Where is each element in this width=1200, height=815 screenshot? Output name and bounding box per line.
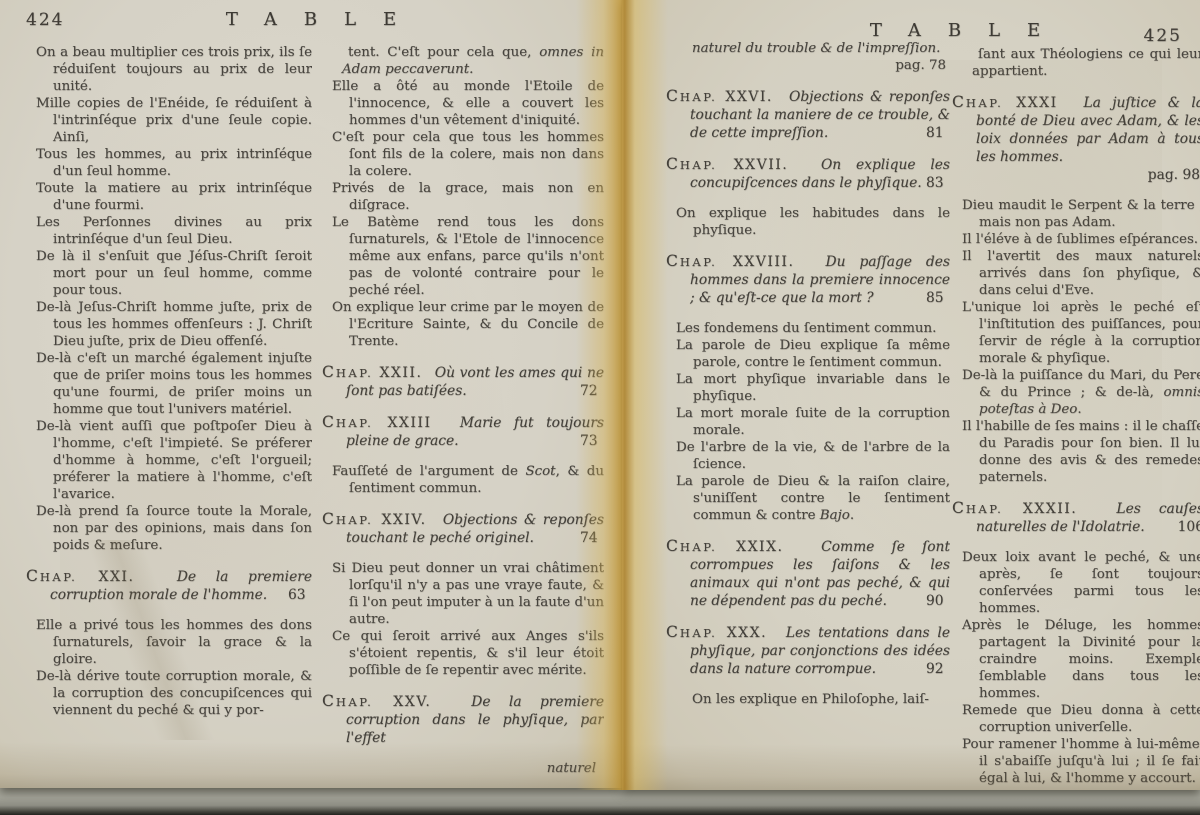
chapter-label-rest: HAP. xyxy=(336,416,373,430)
chapter-label-rest: HAP. xyxy=(966,502,1003,516)
chapter-label-rest: HAP. xyxy=(680,90,717,104)
chapter-heading: CHAP. XXIV. Objections & reponſes toucha… xyxy=(322,510,604,547)
text-run: Mille copies de l'Enéide, ſe réduiſent à… xyxy=(36,96,312,145)
toc-entry: Deux loix avant le peché, & une après, ſ… xyxy=(962,549,1200,617)
chapter-heading: CHAP. XXII. Où vont les ames qui ne ſont… xyxy=(322,363,604,400)
text-run: naturel du trouble & de l'impreſſion. xyxy=(692,41,940,56)
text-run: Elle a privé tous les hommes des dons ſu… xyxy=(36,618,312,667)
chapter-label-initial: C xyxy=(322,363,336,381)
toc-entry: On a beau multiplier ces trois prix, ils… xyxy=(36,44,312,95)
text-run: Toute la matiere au prix intrinſéque d'u… xyxy=(36,181,312,213)
chapter-label: CHAP. xyxy=(952,95,1003,111)
chapter-label-rest: HAP. xyxy=(680,626,717,640)
text-run: De-là vient auſſi que poſtpoſer Dieu à l… xyxy=(36,419,312,502)
chapter-heading: CHAP. XXXI La juſtice & la bonté de Dieu… xyxy=(952,93,1200,184)
chapter-numeral: XXXII. xyxy=(1003,501,1116,517)
chapter-label-rest: HAP. xyxy=(966,96,1003,110)
toc-entry: Il l'avertit des maux naturels arrivés d… xyxy=(962,248,1200,299)
book-photo: 424 TABLE On a beau multiplier ces trois… xyxy=(0,0,1200,815)
toc-column-1: On a beau multiplier ces trois prix, ils… xyxy=(26,44,312,786)
text-run: De-là Jeſus-Chriſt homme juſte, prix de … xyxy=(36,300,312,349)
text-run: C'eſt pour cela que tous les hommes ſont… xyxy=(332,130,604,179)
chapter-numeral: XXI. xyxy=(77,569,177,585)
toc-entry: Il l'éléve à de ſublimes eſpérances. xyxy=(962,231,1200,248)
text-run: . xyxy=(1077,402,1081,417)
text-run: Tous les hommes, au prix intrinſéque d'u… xyxy=(36,147,312,179)
toc-entry: La parole de Dieu explique ſa même parol… xyxy=(676,337,950,371)
toc-entry: Après le Déluge, les hommes partagent la… xyxy=(962,617,1200,702)
toc-entry: De là il s'enſuit que Jéſus-Chriſt ſeroi… xyxy=(36,248,312,299)
toc-entry: La mort phyſique invariable dans le phyſ… xyxy=(676,371,950,405)
catchword: naturel xyxy=(332,760,604,777)
chapter-label-initial: C xyxy=(322,692,336,710)
left-running-title: TABLE xyxy=(0,9,622,30)
text-run: La mort phyſique invariable dans le phyſ… xyxy=(676,372,950,404)
chapter-label: CHAP. xyxy=(666,254,717,270)
toc-entry: On explique leur crime par le moyen de l… xyxy=(332,299,604,350)
toc-entry: naturel du trouble & de l'impreſſion.pag… xyxy=(676,40,950,74)
toc-entry: Mille copies de l'Enéide, ſe réduiſent à… xyxy=(36,95,312,146)
toc-entry: On les explique en Philoſophe, laiſ- xyxy=(676,691,950,708)
chapter-page-number: pag. 98 xyxy=(976,166,1200,184)
chapter-numeral: XXX. xyxy=(717,625,786,641)
chapter-label: CHAP. xyxy=(322,365,373,381)
text-run: Les Perſonnes divines au prix intrinſéqu… xyxy=(36,215,312,247)
text-run: De-là c'eſt un marché également injuſte … xyxy=(36,351,312,417)
toc-entry: De-là vient auſſi que poſtpoſer Dieu à l… xyxy=(36,418,312,503)
toc-entry: ſant aux Théologiens ce qui leur apparti… xyxy=(962,46,1200,80)
text-run: Si Dieu peut donner un vrai châtiment lo… xyxy=(332,561,604,627)
chapter-numeral: XXXI xyxy=(1003,95,1083,111)
text-run: De là il s'enſuit que Jéſus-Chriſt ſeroi… xyxy=(36,249,312,298)
chapter-heading: CHAP. XXIII Marie fut toujours pleine de… xyxy=(322,413,604,450)
chapter-label: CHAP. xyxy=(322,694,373,710)
toc-entry: Toute la matiere au prix intrinſéque d'u… xyxy=(36,180,312,214)
toc-entry: Dieu maudit le Serpent & la terre ; mais… xyxy=(962,197,1200,231)
chapter-label-rest: HAP. xyxy=(680,255,717,269)
toc-column-2: tent. C'eſt pour cela que, omnes in Adam… xyxy=(322,44,604,786)
chapter-numeral: XXVI. xyxy=(717,89,789,105)
chapter-numeral: XXIV. xyxy=(373,512,443,528)
text-run: Pour ramener l'homme à lui-même, il s'ab… xyxy=(962,737,1200,786)
text-run: De-là prend ſa ſource toute la Morale, n… xyxy=(36,504,312,553)
chapter-label: CHAP. xyxy=(666,539,717,555)
toc-entry: De-là c'eſt un marché également injuſte … xyxy=(36,350,312,418)
chapter-numeral: XXIII xyxy=(373,415,460,431)
toc-entry: Privés de la grace, mais non en diſgrace… xyxy=(332,180,604,214)
toc-entry: De-là prend ſa ſource toute la Morale, n… xyxy=(36,503,312,554)
toc-entry: De l'arbre de la vie, & de l'arbre de la… xyxy=(676,439,950,473)
text-run: On explique les habitudes dans le phyſiq… xyxy=(676,206,950,238)
chapter-label-rest: HAP. xyxy=(40,570,77,584)
chapter-label-initial: C xyxy=(666,155,680,173)
chapter-label-rest: HAP. xyxy=(680,158,717,172)
toc-column-4: ſant aux Théologiens ce qui leur apparti… xyxy=(952,46,1200,788)
text-run: Les fondemens du ſentiment commun. xyxy=(676,321,936,336)
text-run: Scot xyxy=(525,464,555,479)
chapter-heading: CHAP. XXX. Les tentations dans le phyſiq… xyxy=(666,623,950,678)
toc-entry: Tous les hommes, au prix intrinſéque d'u… xyxy=(36,146,312,180)
chapter-label-initial: C xyxy=(952,93,966,111)
chapter-label-initial: C xyxy=(666,623,680,641)
text-run: L'unique loi après le peché eſt l'inſtit… xyxy=(962,300,1200,366)
toc-entry: Remede que Dieu donna à cette corruption… xyxy=(962,702,1200,736)
chapter-label-initial: C xyxy=(322,510,336,528)
toc-entry: La mort morale ſuite de la corruption mo… xyxy=(676,405,950,439)
chapter-numeral: XXVIII. xyxy=(717,254,825,270)
chapter-heading: CHAP. XXVI. Objections & reponſes toucha… xyxy=(666,87,950,142)
chapter-label-initial: C xyxy=(666,87,680,105)
toc-entry: Elle a privé tous les hommes des dons ſu… xyxy=(36,617,312,668)
toc-entry: tent. C'eſt pour cela que, omnes in Adam… xyxy=(332,44,604,78)
text-run: La parole de Dieu & la raiſon claire, s'… xyxy=(676,474,950,523)
toc-entry: Fauſſeté de l'argument de Scot, & du ſen… xyxy=(332,463,604,497)
text-run: Fauſſeté de l'argument de xyxy=(332,464,525,479)
toc-entry: De-là la puiſſance du Mari, du Pere & du… xyxy=(962,367,1200,418)
book-gutter xyxy=(576,0,668,790)
toc-entry: Les fondemens du ſentiment commun. xyxy=(676,320,950,337)
toc-entry: Si Dieu peut donner un vrai châtiment lo… xyxy=(332,560,604,628)
toc-column-3: naturel du trouble & de l'impreſſion.pag… xyxy=(666,40,950,782)
chapter-heading: CHAP. XXI. De la premiere corruption mor… xyxy=(26,567,312,604)
chapter-label: CHAP. xyxy=(952,501,1003,517)
entry-page-number: pag. 78 xyxy=(686,57,950,74)
toc-entry: On explique les habitudes dans le phyſiq… xyxy=(676,205,950,239)
left-page: 424 TABLE On a beau multiplier ces trois… xyxy=(0,0,622,788)
text-run: Privés de la grace, mais non en diſgrace… xyxy=(332,181,604,213)
chapter-heading: CHAP. XXV. De la premiere corruption dan… xyxy=(322,692,604,747)
toc-entry: Le Batème rend tous les dons ſurnaturels… xyxy=(332,214,604,299)
toc-entry: Ce qui ſeroit arrivé aux Anges s'ils s'é… xyxy=(332,628,604,679)
text-run: La mort morale ſuite de la corruption mo… xyxy=(676,406,950,438)
chapter-label-initial: C xyxy=(26,567,40,585)
chapter-label-rest: HAP. xyxy=(336,695,373,709)
text-run: ſant aux Théologiens ce qui leur apparti… xyxy=(972,47,1200,79)
chapter-numeral: XXIX. xyxy=(717,539,821,555)
chapter-heading: CHAP. XXVIII. Du paſſage des hommes dans… xyxy=(666,252,950,307)
chapter-label: CHAP. xyxy=(666,625,717,641)
text-run: Deux loix avant le peché, & une après, ſ… xyxy=(962,550,1200,616)
chapter-label-initial: C xyxy=(666,537,680,555)
text-run: La parole de Dieu explique ſa même parol… xyxy=(676,338,950,370)
text-run: tent. C'eſt pour cela que, xyxy=(348,45,539,60)
chapter-label-initial: C xyxy=(952,499,966,517)
chapter-label-initial: C xyxy=(666,252,680,270)
text-run: Ce qui ſeroit arrivé aux Anges s'ils s'é… xyxy=(332,629,604,678)
chapter-heading: CHAP. XXVII. On explique les concupiſcen… xyxy=(666,155,950,192)
toc-entry: Elle a ôté au monde l'Etoile de l'innoce… xyxy=(332,78,604,129)
text-run: Il l'habille de ſes mains : il le chaſſe… xyxy=(962,419,1200,485)
text-run: Dieu maudit le Serpent & la terre ; mais… xyxy=(962,198,1200,230)
toc-entry: De-là dérive toute corruption morale, & … xyxy=(36,668,312,719)
text-run: De l'arbre de la vie, & de l'arbre de la… xyxy=(676,440,950,472)
text-run: Il l'avertit des maux naturels arrivés d… xyxy=(962,249,1200,298)
chapter-heading: CHAP. XXIX. Comme ſe ſont corrompues les… xyxy=(666,537,950,610)
text-run: De-là dérive toute corruption morale, & … xyxy=(36,669,312,718)
chapter-label: CHAP. xyxy=(666,157,717,173)
text-run: On a beau multiplier ces trois prix, ils… xyxy=(36,45,312,94)
chapter-label-rest: HAP. xyxy=(680,540,717,554)
text-run: Remede que Dieu donna à cette corruption… xyxy=(962,703,1200,735)
chapter-label: CHAP. xyxy=(666,89,717,105)
chapter-label-rest: HAP. xyxy=(336,513,373,527)
text-run: Il l'éléve à de ſublimes eſpérances. xyxy=(962,232,1198,247)
text-run: . xyxy=(850,508,854,523)
chapter-numeral: XXV. xyxy=(373,694,471,710)
toc-entry: Pour ramener l'homme à lui-même, il s'ab… xyxy=(962,736,1200,787)
chapter-heading: CHAP. XXXII. Les cauſes naturelles de l'… xyxy=(952,499,1200,536)
text-run: Bajo xyxy=(820,508,850,523)
text-run: Le Batème rend tous les dons ſurnaturels… xyxy=(332,215,604,298)
toc-entry: De-là Jeſus-Chriſt homme juſte, prix de … xyxy=(36,299,312,350)
chapter-label: CHAP. xyxy=(26,569,77,585)
text-run: On les explique en Philoſophe, laiſ- xyxy=(692,692,929,707)
toc-entry: La parole de Dieu & la raiſon claire, s'… xyxy=(676,473,950,524)
chapter-numeral: XXII. xyxy=(373,365,435,381)
chapter-label-rest: HAP. xyxy=(336,366,373,380)
toc-entry: Il l'habille de ſes mains : il le chaſſe… xyxy=(962,418,1200,486)
toc-entry: L'unique loi après le peché eſt l'inſtit… xyxy=(962,299,1200,367)
chapter-label-initial: C xyxy=(322,413,336,431)
chapter-label: CHAP. xyxy=(322,415,373,431)
text-run: On explique leur crime par le moyen de l… xyxy=(332,300,604,349)
toc-entry: Les Perſonnes divines au prix intrinſéqu… xyxy=(36,214,312,248)
chapter-numeral: XXVII. xyxy=(717,157,821,173)
right-page: 425 TABLE naturel du trouble & de l'impr… xyxy=(622,0,1200,790)
toc-entry: C'eſt pour cela que tous les hommes ſont… xyxy=(332,129,604,180)
text-run: Elle a ôté au monde l'Etoile de l'innoce… xyxy=(332,79,604,128)
text-run: Après le Déluge, les hommes partagent la… xyxy=(962,618,1200,701)
chapter-label: CHAP. xyxy=(322,512,373,528)
right-running-title: TABLE xyxy=(622,20,1200,41)
